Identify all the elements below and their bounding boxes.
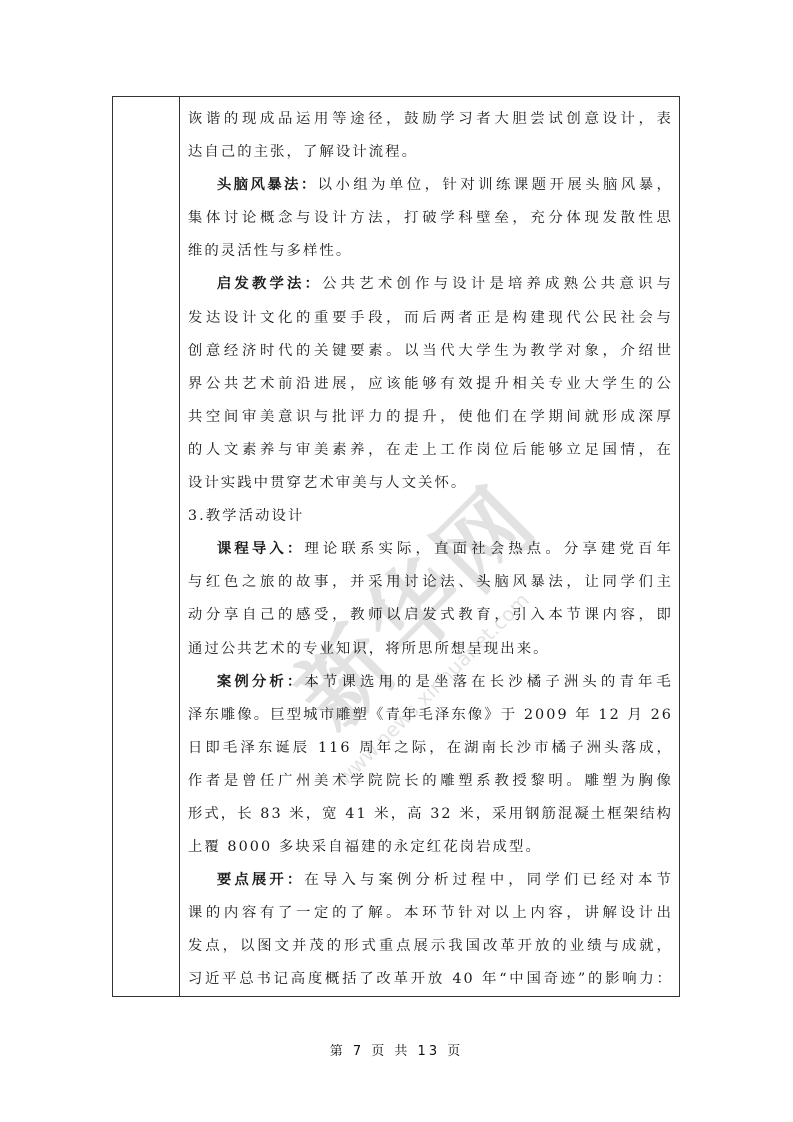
line-text: 在导入与案例分析过程中，同学们已经对本节 xyxy=(304,872,673,888)
text-line: 通过公共艺术的专业知识，将所思所想呈现出来。 xyxy=(188,633,673,666)
content-table: 诙谐的现成品运用等途径，鼓励学习者大胆尝试创意设计，表达自己的主张，了解设计流程… xyxy=(112,96,680,997)
text-line: 案例分析：本节课选用的是坐落在长沙橘子洲头的青年毛 xyxy=(188,666,673,699)
line-text: 形式，长 83 米，宽 41 米，高 32 米，采用钢筋混凝土框架结构 xyxy=(188,806,673,822)
paragraph-heading: 启发教学法： xyxy=(217,276,322,292)
line-text: 诙谐的现成品运用等途径，鼓励学习者大胆尝试创意设计，表 xyxy=(188,111,673,127)
text-line: 启发教学法：公共艺术创作与设计是培养成熟公共意识与 xyxy=(188,268,673,301)
text-line: 界公共艺术前沿进展，应该能够有效提升相关专业大学生的公 xyxy=(188,368,673,401)
line-text: 设计实践中贯穿艺术审美与人文关怀。 xyxy=(188,475,468,491)
line-text: 理论联系实际，直面社会热点。分享建党百年 xyxy=(304,541,673,557)
line-text: 上覆 8000 多块采自福建的永定红花岗岩成型。 xyxy=(188,839,542,855)
text-line: 课程导入：理论联系实际，直面社会热点。分享建党百年 xyxy=(188,533,673,566)
text-line: 泽东雕像。巨型城市雕塑《青年毛泽东像》于 2009 年 12 月 26 xyxy=(188,699,673,732)
text-line: 动分享自己的感受，教师以启发式教育，引入本节课内容，即 xyxy=(188,599,673,632)
text-line: 诙谐的现成品运用等途径，鼓励学习者大胆尝试创意设计，表 xyxy=(188,103,673,136)
paragraph-heading: 要点展开： xyxy=(217,872,304,888)
line-text: 共空间审美意识与批评力的提升，使他们在学期间就形成深厚 xyxy=(188,409,673,425)
table-left-cell xyxy=(113,97,180,996)
paragraph-heading: 头脑风暴法： xyxy=(217,177,318,193)
line-text: 集体讨论概念与设计方法，打破学科壁垒，充分体现发散性思 xyxy=(188,210,673,226)
text-line: 创意经济时代的关键要素。以当代大学生为教学对象，介绍世 xyxy=(188,335,673,368)
line-text: 习近平总书记高度概括了改革开放 40 年“中国奇迹”的影响力： xyxy=(188,971,673,987)
line-text: 作者是曾任广州美术学院院长的雕塑系教授黎明。雕塑为胸像 xyxy=(188,773,673,789)
text-line: 达自己的主张，了解设计流程。 xyxy=(188,136,673,169)
line-text: 与红色之旅的故事，并采用讨论法、头脑风暴法，让同学们主 xyxy=(188,574,673,590)
text-line: 发达设计文化的重要手段，而后两者正是构建现代公民社会与 xyxy=(188,302,673,335)
text-line: 要点展开：在导入与案例分析过程中，同学们已经对本节 xyxy=(188,864,673,897)
text-line: 设计实践中贯穿艺术审美与人文关怀。 xyxy=(188,467,673,500)
line-text: 的人文素养与审美素养，在走上工作岗位后能够立足国情，在 xyxy=(188,442,673,458)
text-line: 课的内容有了一定的了解。本环节针对以上内容，讲解设计出 xyxy=(188,897,673,930)
text-line: 共空间审美意识与批评力的提升，使他们在学期间就形成深厚 xyxy=(188,401,673,434)
line-text: 创意经济时代的关键要素。以当代大学生为教学对象，介绍世 xyxy=(188,343,673,359)
text-line: 发点，以图文并茂的形式重点展示我国改革开放的业绩与成就， xyxy=(188,930,673,963)
text-line: 维的灵活性与多样性。 xyxy=(188,235,673,268)
line-text: 动分享自己的感受，教师以启发式教育，引入本节课内容，即 xyxy=(188,607,673,623)
line-text: 日即毛泽东诞辰 116 周年之际，在湖南长沙市橘子洲头落成， xyxy=(188,740,673,756)
line-text: 达自己的主张，了解设计流程。 xyxy=(188,144,418,160)
text-line: 3.教学活动设计 xyxy=(188,500,673,533)
text-line: 习近平总书记高度概括了改革开放 40 年“中国奇迹”的影响力： xyxy=(188,963,673,996)
text-line: 与红色之旅的故事，并采用讨论法、头脑风暴法，让同学们主 xyxy=(188,566,673,599)
line-text: 发达设计文化的重要手段，而后两者正是构建现代公民社会与 xyxy=(188,310,673,326)
text-line: 形式，长 83 米，宽 41 米，高 32 米，采用钢筋混凝土框架结构 xyxy=(188,798,673,831)
paragraph-heading: 课程导入： xyxy=(217,541,304,557)
line-text: 课的内容有了一定的了解。本环节针对以上内容，讲解设计出 xyxy=(188,905,673,921)
table-right-cell: 诙谐的现成品运用等途径，鼓励学习者大胆尝试创意设计，表达自己的主张，了解设计流程… xyxy=(180,97,679,996)
text-line: 作者是曾任广州美术学院院长的雕塑系教授黎明。雕塑为胸像 xyxy=(188,765,673,798)
line-text: 以小组为单位，针对训练课题开展头脑风暴， xyxy=(318,177,673,193)
line-text: 发点，以图文并茂的形式重点展示我国改革开放的业绩与成就， xyxy=(188,938,673,954)
text-line: 头脑风暴法：以小组为单位，针对训练课题开展头脑风暴， xyxy=(188,169,673,202)
line-text: 3.教学活动设计 xyxy=(188,508,304,524)
text-line: 集体讨论概念与设计方法，打破学科壁垒，充分体现发散性思 xyxy=(188,202,673,235)
line-text: 维的灵活性与多样性。 xyxy=(188,243,352,259)
line-text: 公共艺术创作与设计是培养成熟公共意识与 xyxy=(322,276,673,292)
line-text: 本节课选用的是坐落在长沙橘子洲头的青年毛 xyxy=(304,674,673,690)
text-line: 日即毛泽东诞辰 116 周年之际，在湖南长沙市橘子洲头落成， xyxy=(188,732,673,765)
line-text: 界公共艺术前沿进展，应该能够有效提升相关专业大学生的公 xyxy=(188,376,673,392)
page-number-footer: 第 7 页 共 13 页 xyxy=(0,1040,793,1059)
line-text: 泽东雕像。巨型城市雕塑《青年毛泽东像》于 2009 年 12 月 26 xyxy=(188,707,673,723)
paragraph-heading: 案例分析： xyxy=(217,674,304,690)
line-text: 通过公共艺术的专业知识，将所思所想呈现出来。 xyxy=(188,641,550,657)
text-line: 的人文素养与审美素养，在走上工作岗位后能够立足国情，在 xyxy=(188,434,673,467)
text-line: 上覆 8000 多块采自福建的永定红花岗岩成型。 xyxy=(188,831,673,864)
